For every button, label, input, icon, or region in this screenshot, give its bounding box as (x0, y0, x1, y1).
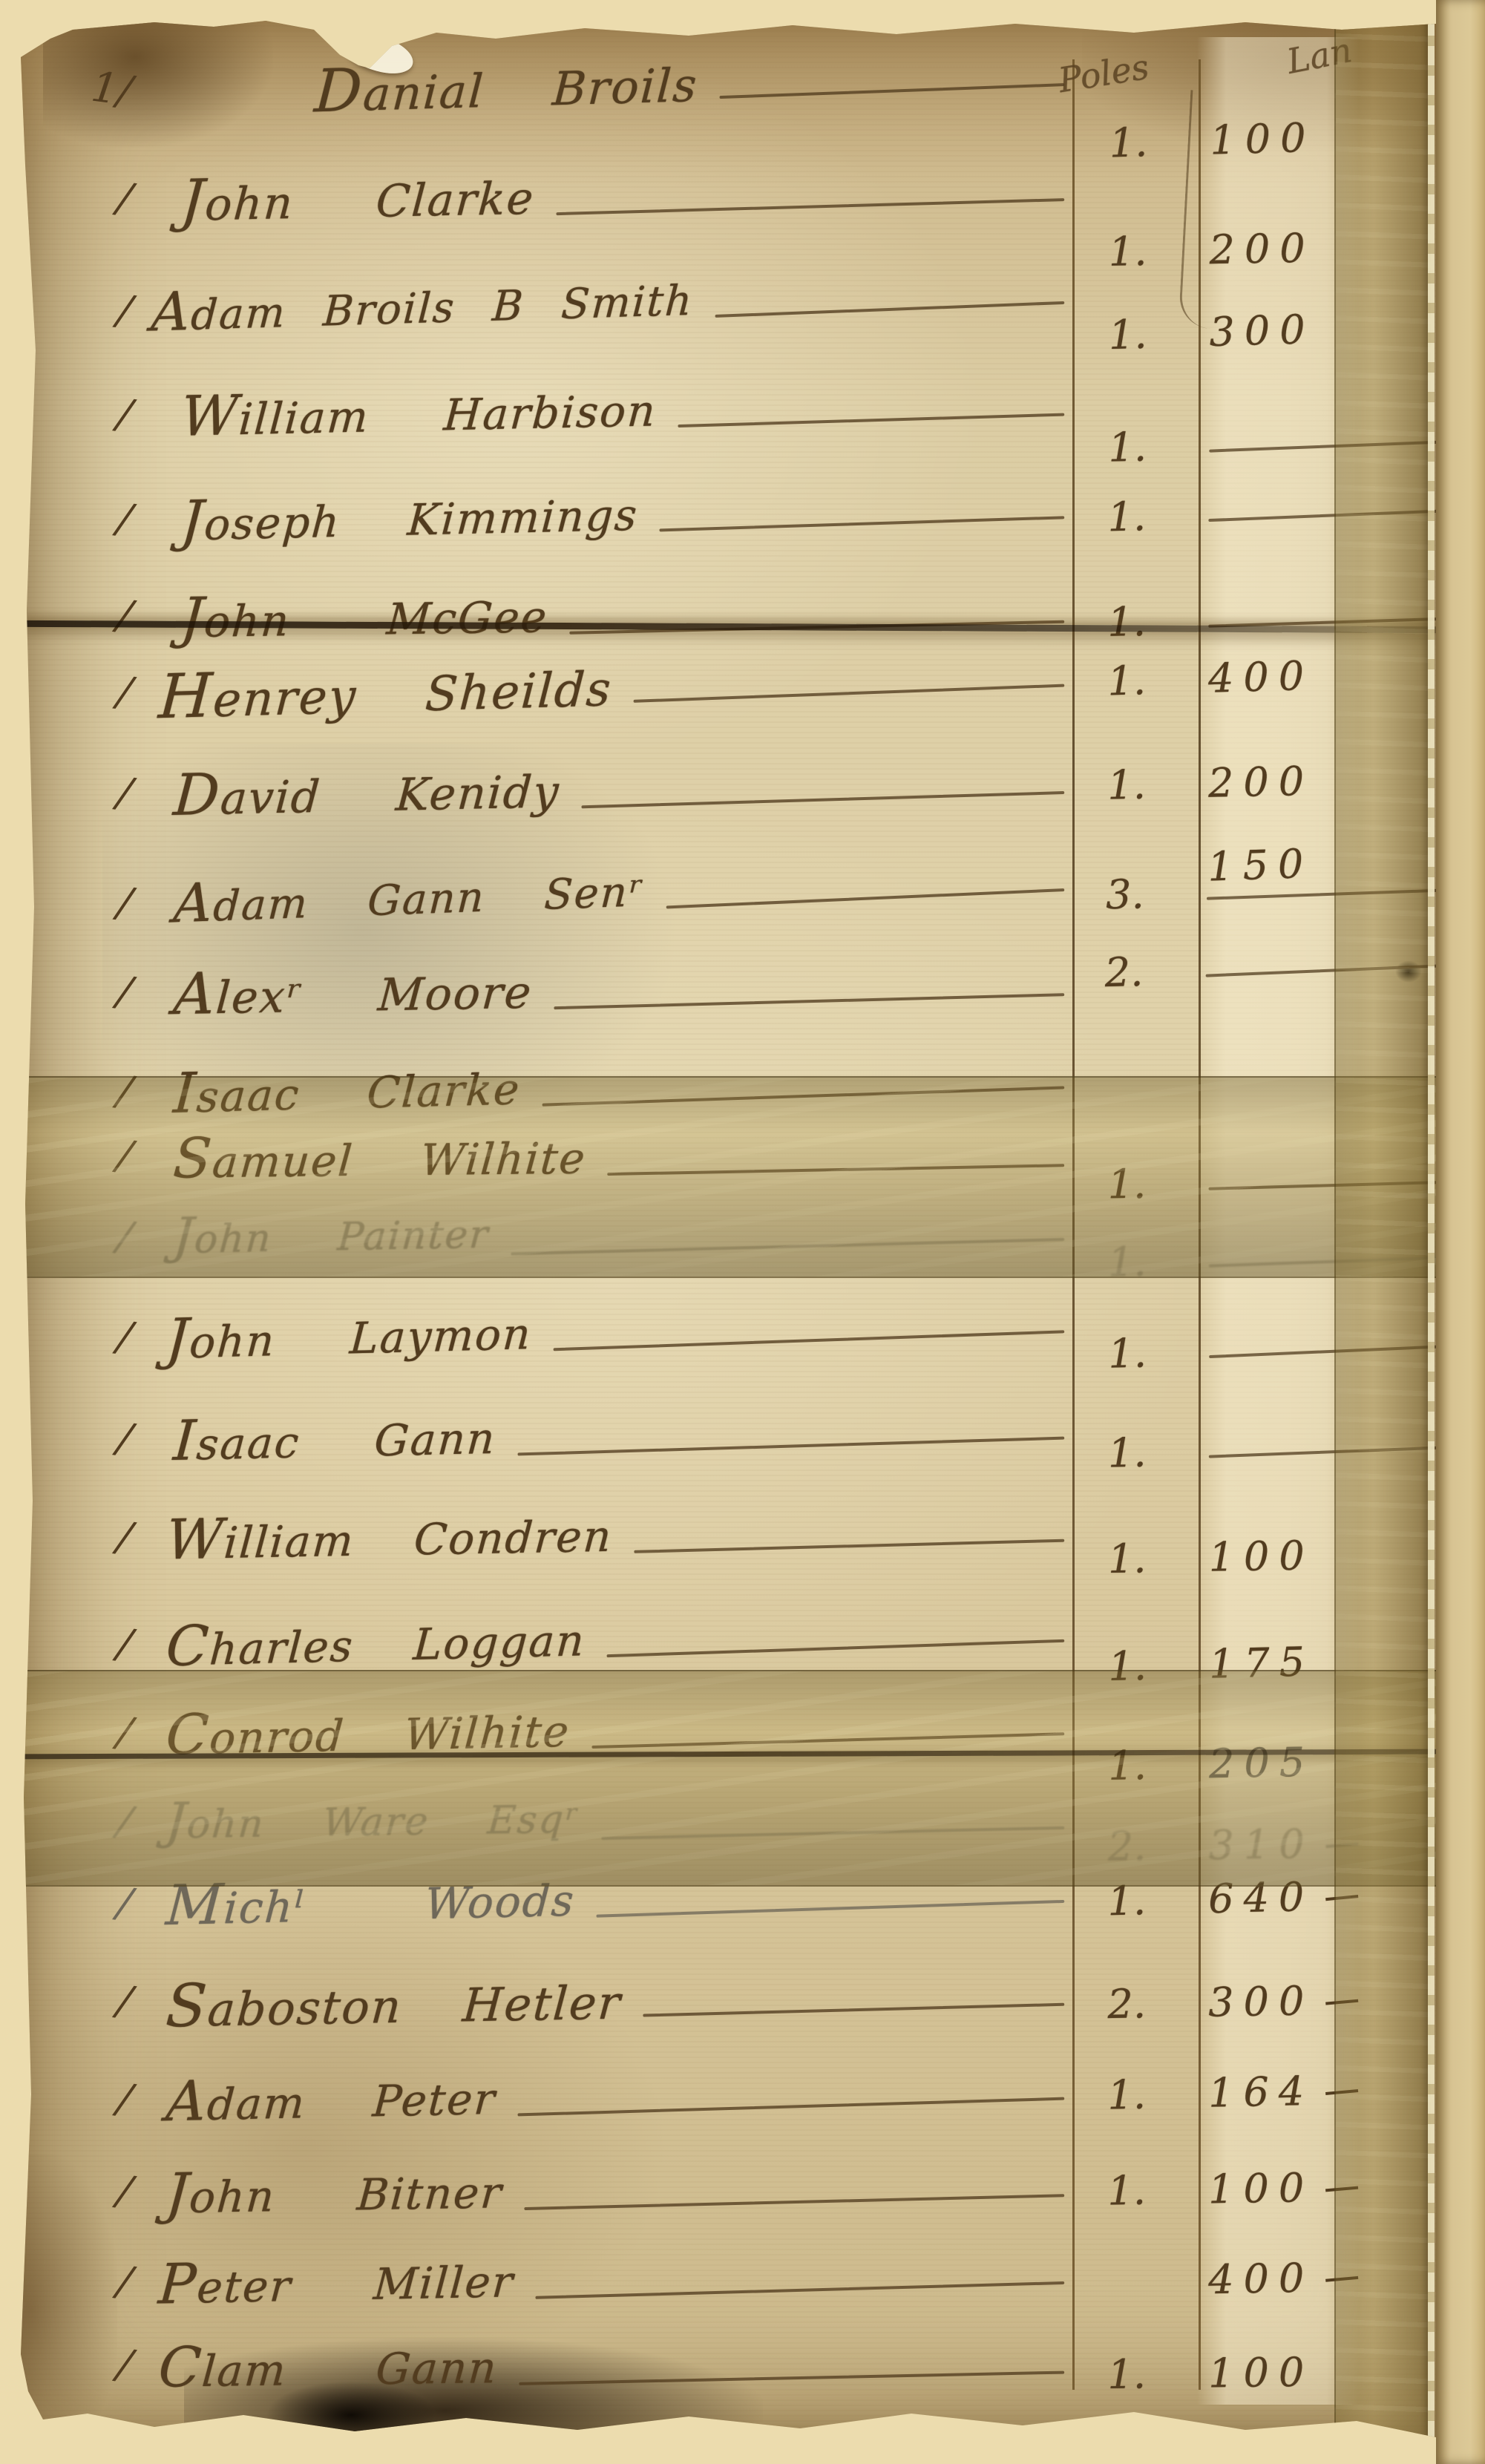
person-name: John McGee (179, 580, 551, 650)
poles-value: 1 (1078, 1741, 1176, 1789)
land-column-dash (1207, 888, 1452, 900)
person-name: William Condren (164, 1500, 615, 1573)
person-name: John Bitner (164, 2156, 505, 2226)
land-value: 310 (1208, 1818, 1454, 1869)
tally-tick-mark: / (47, 1611, 140, 1670)
ruled-dash (678, 413, 1065, 427)
poles-value: 1 (1078, 1876, 1176, 1925)
ruled-dash (524, 2194, 1064, 2210)
ruled-dash (666, 888, 1065, 908)
tally-tick-mark: / (47, 1967, 140, 2027)
ruled-dash (719, 83, 1064, 99)
table-row: / Conrod Wilhite 1205 (50, 1685, 1075, 1776)
poles-value: 1 (1078, 1535, 1176, 1583)
adjacent-page-edge (1436, 0, 1485, 2464)
tally-tick-mark: / (47, 1698, 140, 1757)
tally-tick-mark: / (47, 2330, 140, 2391)
land-value: 100 (1208, 1530, 1454, 1581)
stitched-seam (1428, 16, 1435, 2437)
tally-tick-mark: / (47, 658, 139, 717)
person-name: Alexʳ Moore (171, 956, 535, 1029)
tally-tick-mark: / (47, 759, 140, 819)
poles-value: 1 (1079, 227, 1176, 275)
table-row: / Clam Gann 1100 (50, 2324, 1075, 2408)
ruled-dash (715, 301, 1064, 318)
table-row: / Adam Peter 1164 (50, 2051, 1075, 2143)
poles-value: 1 (1078, 761, 1175, 810)
tally-tick-mark: / (47, 2065, 140, 2125)
land-column-dash (1209, 1345, 1454, 1358)
person-name: Joseph Kimmings (179, 479, 640, 554)
poles-value: 1 (1078, 2350, 1176, 2399)
table-row: 1/ Danial Broils 1100 (50, 36, 1075, 135)
ruled-dash (542, 1086, 1064, 1106)
table-row: / David Kenidy 1200 (50, 744, 1075, 837)
tally-tick-mark: / (47, 381, 140, 440)
column-rule-land (1199, 59, 1201, 2390)
person-name: David Kenidy (171, 755, 563, 829)
poles-value: 2 (1078, 1980, 1176, 2028)
tally-tick-mark: / (47, 1202, 140, 1262)
ruled-dash (601, 1826, 1064, 1840)
person-name: Isaac Clarke (171, 1052, 522, 1126)
tally-tick-mark: / (47, 1058, 140, 1117)
ruled-dash (591, 1732, 1064, 1749)
person-name: John Painter (171, 1202, 491, 1265)
table-row: / Charles Loggan 1175 (50, 1592, 1075, 1688)
poles-value: 1 (1078, 1642, 1176, 1691)
poles-value: 1 (1078, 656, 1176, 706)
person-name: Adam Gann Senʳ (172, 856, 646, 934)
land-column-dash (1208, 1181, 1453, 1190)
ruled-dash (597, 1900, 1064, 1918)
poles-value: 1 (1079, 310, 1177, 360)
table-row: / Joseph Kimmings 1 (50, 468, 1075, 563)
tally-tick-mark: / (47, 1303, 139, 1363)
land-value: 205 (1208, 1736, 1454, 1787)
poles-value: 1 (1078, 1238, 1176, 1286)
poles-value: 1 (1078, 1160, 1176, 1208)
land-value: 200 (1207, 755, 1453, 807)
person-name: Samuel Wilhite (171, 1122, 589, 1191)
table-row: / John Clarke 1200 (50, 151, 1075, 242)
poles-value: 1 (1078, 2166, 1176, 2215)
tally-tick-mark: 1/ (47, 57, 139, 116)
table-row: / William Harbison 1 (50, 366, 1075, 459)
ledger-page: Poles Lan 1/ Danial Broils 1100 / John C… (21, 16, 1436, 2437)
tally-tick-mark: / (47, 2157, 140, 2217)
tally-tick-mark: / (47, 1121, 140, 1181)
tally-tick-mark: / (47, 2247, 140, 2307)
land-value: 164 (1207, 2065, 1453, 2117)
person-name: Saboston Hetler (164, 1964, 624, 2041)
land-column-dash (1208, 509, 1453, 522)
poles-value: 2 (1078, 1822, 1176, 1870)
person-name: Charles Loggan (164, 1604, 587, 1679)
table-row: / Michˡ Woods 1640 (50, 1852, 1075, 1947)
ruled-dash (608, 1164, 1065, 1176)
tally-tick-mark: / (47, 1787, 140, 1847)
ruled-dash (643, 2003, 1064, 2017)
ruled-dash (581, 791, 1064, 808)
ruled-dash (554, 993, 1064, 1009)
poles-value: 1 (1078, 2071, 1175, 2120)
table-row: / John Ware Esqʳ 2310 (50, 1779, 1075, 1864)
tally-tick-mark: / (47, 1503, 140, 1563)
person-name: Michˡ Woods (164, 1864, 577, 1939)
ledger-scan: Poles Lan 1/ Danial Broils 1100 / John C… (0, 0, 1485, 2464)
tally-tick-mark: / (47, 485, 140, 545)
person-name: Clam Gann (157, 2331, 501, 2400)
person-name: Isaac Gann (171, 1402, 498, 1473)
tally-tick-mark: / (47, 1405, 140, 1464)
land-column-dash (1209, 1446, 1454, 1458)
ruled-dash (607, 1639, 1065, 1657)
person-name: Adam Peter (164, 2062, 499, 2134)
poles-value: 1 (1078, 1429, 1176, 1478)
table-row: / John Bitner 1100 (50, 2147, 1075, 2235)
person-name: Henrey Sheilds (157, 649, 614, 733)
ink-blot (1395, 960, 1422, 983)
light-column-band (1197, 37, 1359, 2405)
person-name: Adam Broils B Smith (150, 265, 695, 344)
ruled-dash (517, 1437, 1064, 1456)
poles-value: 3 (1076, 871, 1173, 919)
ruled-dash (536, 2281, 1065, 2299)
table-row: / Isaac Gann 1 (50, 1390, 1075, 1483)
ruled-dash (511, 1238, 1064, 1256)
tally-tick-mark: / (47, 278, 139, 336)
person-name: Danial Broils (312, 46, 700, 126)
land-value: 300 (1209, 301, 1455, 355)
land-column-dash (1206, 964, 1451, 977)
table-row: / Adam Broils B Smith 1300 (50, 254, 1075, 355)
poles-value: 1 (1079, 423, 1176, 472)
ruled-dash (634, 1539, 1064, 1553)
land-value: 400 (1208, 2252, 1454, 2303)
ruled-dash (660, 516, 1064, 531)
tally-tick-mark: / (47, 1870, 140, 1929)
tally-tick-mark: / (47, 164, 140, 223)
land-value: 175 (1208, 1635, 1454, 1688)
land-column-header: Lan (1284, 30, 1355, 82)
land-value: 400 (1207, 649, 1454, 702)
table-row: / Samuel Wilhite 1 (50, 1117, 1075, 1199)
poles-value: 1 (1078, 597, 1176, 646)
ruled-dash (554, 1330, 1065, 1351)
person-name: John Clarke (179, 162, 537, 235)
ruled-dash (519, 2371, 1064, 2385)
poles-value: 1 (1080, 118, 1178, 168)
tally-tick-mark: / (47, 581, 140, 641)
table-row: / Alexʳ Moore 3 (50, 946, 1075, 1035)
land-value: 200 (1209, 222, 1455, 273)
ruled-dash (556, 198, 1064, 215)
land-value: 100 (1208, 2162, 1454, 2212)
table-row: / William Condren 1100 (50, 1492, 1075, 1581)
land-value: 150 (1207, 835, 1453, 890)
table-row: / Saboston Hetler 2300 (50, 1956, 1075, 2045)
person-name: William Harbison (179, 374, 659, 449)
land-value: 300 (1208, 1975, 1454, 2026)
person-name: Peter Miller (157, 2245, 517, 2316)
land-column-dash (1209, 1256, 1454, 1268)
person-name: John Ware Esqʳ (164, 1786, 582, 1850)
land-value: 100 (1208, 2347, 1454, 2396)
ruled-dash (634, 684, 1065, 703)
poles-value: 1 (1078, 492, 1176, 541)
ruled-dash (517, 2097, 1064, 2117)
poles-value: 1 (1078, 1328, 1176, 1377)
table-row: / John Laymon 1 (50, 1283, 1075, 1381)
land-column-dash (1209, 440, 1454, 453)
tally-tick-mark: / (47, 957, 140, 1018)
table-row: / Adam Gann Senʳ 150 (50, 841, 1076, 948)
tally-tick-mark: / (47, 870, 139, 928)
poles-value: 2 (1075, 948, 1173, 997)
table-row: / Peter Miller 400 (50, 2235, 1075, 2325)
table-row: / John Painter 1 (50, 1191, 1075, 1280)
land-value: 100 (1210, 110, 1456, 163)
person-name: John Laymon (164, 1297, 534, 1372)
land-value: 640 (1207, 1870, 1453, 1922)
